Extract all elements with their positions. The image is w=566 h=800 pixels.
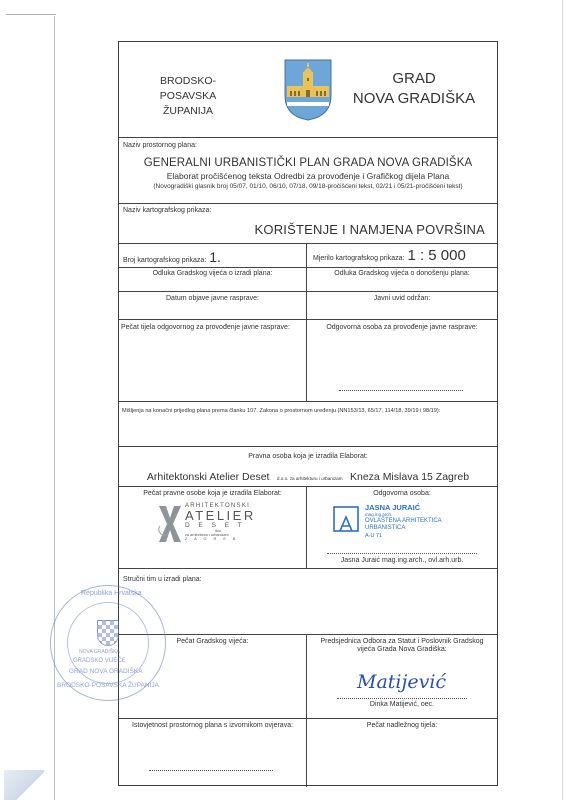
author-label: Pravna osoba koja je izradila Elaborat: bbox=[119, 453, 497, 460]
header-section: BRODSKO-POSAVSKA ŽUPANIJA GRAD NOVA GRAD… bbox=[119, 42, 497, 138]
signature-line bbox=[149, 770, 273, 771]
page-curl bbox=[4, 770, 44, 800]
responsible-person-label: Odgovorna osoba: bbox=[307, 487, 497, 497]
map-scale: 1 : 5 000 bbox=[407, 247, 465, 264]
author-address: Kneza Mislava 15 Zagreb bbox=[350, 471, 469, 483]
verification-label: Istovjetnost prostornog plana s izvornik… bbox=[119, 719, 306, 729]
x-logo-icon bbox=[157, 504, 183, 544]
author-stamp-label: Pečat pravne osobe koja je izradila Elab… bbox=[119, 487, 306, 497]
council-round-stamp: Republika Hrvatska NOVA GRADIŠKA GRADSKO… bbox=[50, 585, 166, 701]
map-scale-cell: Mjerilo kartografskog prikaza:1 : 5 000 bbox=[307, 244, 497, 267]
map-title: KORIŠTENJE I NAMJENA POVRŠINA bbox=[255, 222, 485, 237]
scan-edge bbox=[54, 16, 55, 800]
author-name-suffix: d.o.o. za arhitekturu i urbanizam bbox=[277, 476, 343, 481]
map-number: 1. bbox=[209, 249, 221, 265]
responsible-stamp-text: JASNA JURAIĆ mag.ing.arch. OVLAŠTENA ARH… bbox=[365, 503, 442, 540]
plan-name-label: Naziv prostornog plana: bbox=[123, 142, 197, 149]
opinions-section: Mišljenja na konačni prijedlog plana pre… bbox=[119, 402, 497, 447]
public-hearing-row: Datum objave javne rasprave: Javni uvid … bbox=[119, 292, 497, 320]
map-name-label: Naziv kartografskog prikaza: bbox=[123, 207, 211, 214]
plan-title: GENERALNI URBANISTIČKI PLAN GRADA NOVA G… bbox=[119, 157, 497, 169]
hearing-responsible-row: Pečat tijela odgovornog za provođenje ja… bbox=[119, 320, 497, 402]
council-chair-name: Dinka Matijević, oec. bbox=[307, 701, 497, 708]
hearing-person-cell: Odgovorna osoba za provođenje javne rasp… bbox=[307, 320, 497, 401]
council-row: Pečat Gradskog vijeća: Predsjednica Odbo… bbox=[119, 635, 497, 719]
author-stamp-row: Pečat pravne osobe koja je izradila Elab… bbox=[119, 487, 497, 569]
plan-name-section: Naziv prostornog plana: GENERALNI URBANI… bbox=[119, 138, 497, 204]
author-name: Arhitektonski Atelier Deset bbox=[147, 471, 270, 483]
coat-of-arms-icon bbox=[283, 58, 333, 122]
authority-stamp-label: Pečat nadležnog tijela: bbox=[307, 719, 497, 787]
decision-drafting-label: Odluka Gradskog vijeća o izradi plana: bbox=[119, 268, 306, 291]
scan-edge bbox=[562, 0, 563, 800]
author-section: Pravna osoba koja je izradila Elaborat: … bbox=[119, 447, 497, 487]
author-line: Arhitektonski Atelier Deset d.o.o. za ar… bbox=[119, 467, 497, 485]
signature-line bbox=[339, 390, 463, 391]
council-chair-cell: Predsjednica Odbora za Statut i Poslovni… bbox=[307, 635, 497, 718]
map-scale-label: Mjerilo kartografskog prikaza: bbox=[313, 255, 404, 262]
responsible-person-name: Jasna Juraić mag.ing.arch., ovl.arh.urb. bbox=[307, 557, 497, 564]
map-number-cell: Broj kartografskog prikaza:1. bbox=[119, 244, 306, 267]
decision-adoption-label: Odluka Gradskog vijeća o donošenju plana… bbox=[307, 268, 497, 291]
hearing-body-stamp-label: Pečat tijela odgovornog za provođenje ja… bbox=[121, 324, 306, 331]
team-label: Stručni tim u izradi plana: bbox=[123, 576, 202, 583]
chair-signature: Matijević bbox=[357, 671, 446, 693]
stamp-text-top: Republika Hrvatska bbox=[81, 590, 142, 597]
croatian-coat-of-arms-icon bbox=[97, 620, 119, 646]
map-number-scale-row: Broj kartografskog prikaza:1. Mjerilo ka… bbox=[119, 244, 497, 268]
scan-edge bbox=[6, 14, 56, 15]
map-number-label: Broj kartografskog prikaza: bbox=[123, 257, 206, 264]
signature-line bbox=[327, 553, 477, 554]
verification-cell: Istovjetnost prostornog plana s izvornik… bbox=[119, 719, 306, 787]
map-name-section: Naziv kartografskog prikaza: KORIŠTENJE … bbox=[119, 204, 497, 244]
council-chair-label: Predsjednica Odbora za Statut i Poslovni… bbox=[307, 635, 497, 654]
plan-note: (Novogradiški glasnik broj 05/07, 01/10,… bbox=[119, 183, 497, 190]
atelier-logo-text: ARHITEKTONSKI ATELIER D E S E T doo. za … bbox=[185, 503, 275, 541]
city-name: GRAD NOVA GRADIŠKA bbox=[339, 69, 489, 109]
architect-chamber-a-icon bbox=[333, 506, 359, 532]
responsible-person-cell: Odgovorna osoba: JASNA JURAIĆ mag.ing.ar… bbox=[307, 487, 497, 568]
verification-row: Istovjetnost prostornog plana s izvornik… bbox=[119, 719, 497, 787]
hearing-person-label: Odgovorna osoba za provođenje javne rasp… bbox=[307, 324, 497, 331]
public-inspection-label: Javni uvid održan: bbox=[307, 292, 497, 319]
title-block: BRODSKO-POSAVSKA ŽUPANIJA GRAD NOVA GRAD… bbox=[118, 41, 498, 786]
signature-line bbox=[337, 698, 467, 699]
hearing-body-stamp-cell: Pečat tijela odgovornog za provođenje ja… bbox=[119, 320, 306, 401]
author-stamp-cell: Pečat pravne osobe koja je izradila Elab… bbox=[119, 487, 306, 568]
council-decisions-row: Odluka Gradskog vijeća o izradi plana: O… bbox=[119, 268, 497, 292]
team-section: Stručni tim u izradi plana: bbox=[119, 569, 497, 635]
hearing-date-label: Datum objave javne rasprave: bbox=[119, 292, 306, 319]
opinions-label: Mišljenja na konačni prijedlog plana pre… bbox=[122, 408, 440, 414]
plan-subtitle: Elaborat pročišćenog teksta Odredbi za p… bbox=[119, 171, 497, 181]
county-name: BRODSKO-POSAVSKA ŽUPANIJA bbox=[133, 74, 243, 119]
